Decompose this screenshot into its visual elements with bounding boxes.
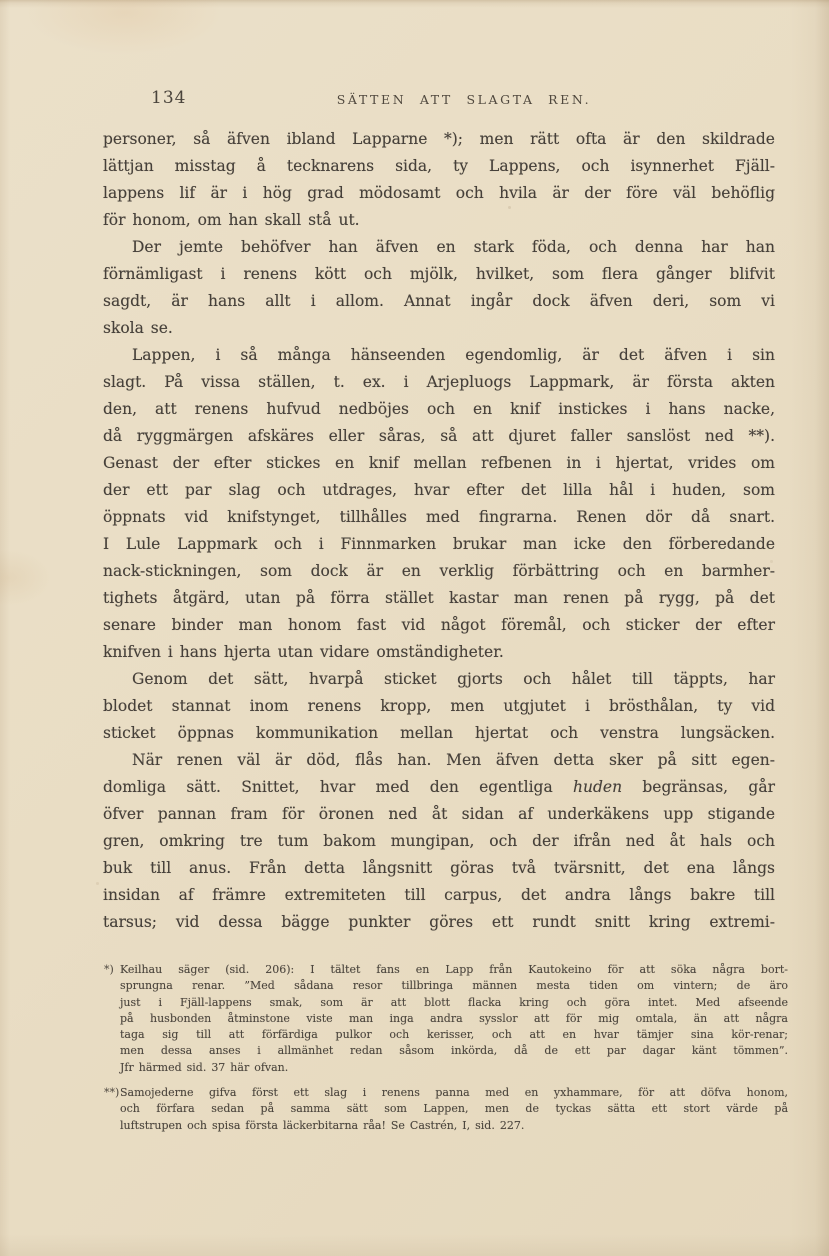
body-line: När renen väl är död, flås han. Men äfve…	[103, 747, 775, 774]
footnote-line: just i Fjäll-lappens smak, som är att bl…	[120, 995, 788, 1011]
italic-text: huden	[573, 778, 622, 796]
footnote-line: Jfr härmed sid. 37 här ofvan.	[120, 1060, 788, 1076]
body-line: lappens lif är i hög grad mödosamt och h…	[103, 180, 775, 207]
body-line: I Lule Lappmark och i Finnmarken brukar …	[103, 531, 775, 558]
paragraph: personer, så äfven ibland Lapparne *); m…	[103, 126, 775, 234]
body-line: gren, omkring tre tum bakom mungipan, oc…	[103, 828, 775, 855]
footnote-line: taga sig till att förfärdiga pulkor och …	[120, 1027, 788, 1043]
body-line: Lappen, i så många hänseenden egendomlig…	[103, 342, 775, 369]
body-line: blodet stannat inom renens kropp, men ut…	[103, 693, 775, 720]
footnote: *)Keilhau säger (sid. 206): I tältet fan…	[103, 962, 788, 1076]
body-line: senare binder man honom fast vid något f…	[103, 612, 775, 639]
footnote: **)Samojederne gifva först ett slag i re…	[103, 1085, 788, 1134]
footnote-marker: *)	[104, 962, 114, 978]
body-line: domliga sätt. Snittet, hvar med den egen…	[103, 774, 775, 801]
footnote-marker: **)	[104, 1085, 119, 1101]
body-line: Genast der efter stickes en knif mellan …	[103, 450, 775, 477]
body-line: lättjan misstag å tecknarens sida, ty La…	[103, 153, 775, 180]
body-line: personer, så äfven ibland Lapparne *); m…	[103, 126, 775, 153]
paragraph: Lappen, i så många hänseenden egendomlig…	[103, 342, 775, 666]
body-line: den, att renens hufvud nedböjes och en k…	[103, 396, 775, 423]
book-page-scan: 134 SÄTTEN ATT SLAGTA REN. personer, så …	[0, 0, 829, 1256]
footnote-line: på husbonden åtminstone viste man inga a…	[120, 1011, 788, 1027]
footnote-line: sprungna renar. ”Med sådana resor tillbr…	[120, 978, 788, 994]
body-line: Genom det sätt, hvarpå sticket gjorts oc…	[103, 666, 775, 693]
page-header: 134 SÄTTEN ATT SLAGTA REN.	[103, 88, 779, 112]
footnote-section: *)Keilhau säger (sid. 206): I tältet fan…	[103, 962, 788, 1143]
footnote-line: men dessa anses i allmänhet redan såsom …	[120, 1043, 788, 1059]
text-segment: begränsas, går	[622, 778, 775, 796]
body-line: buk till anus. Från detta långsnitt göra…	[103, 855, 775, 882]
body-line: tighets åtgärd, utan på förra stället ka…	[103, 585, 775, 612]
body-line: der ett par slag och utdrages, hvar efte…	[103, 477, 775, 504]
body-line: för honom, om han skall stå ut.	[103, 207, 775, 234]
body-line: insidan af främre extremiteten till carp…	[103, 882, 775, 909]
body-line: Der jemte behöfver han äfven en stark fö…	[103, 234, 775, 261]
body-text: personer, så äfven ibland Lapparne *); m…	[103, 126, 775, 936]
body-line: nack-stickningen, som dock är en verklig…	[103, 558, 775, 585]
text-segment: domliga sätt. Snittet, hvar med den egen…	[103, 778, 573, 796]
body-line: knifven i hans hjerta utan vidare omstän…	[103, 639, 775, 666]
running-title: SÄTTEN ATT SLAGTA REN.	[103, 92, 779, 107]
footnote-line: och förfara sedan på samma sätt som Lapp…	[120, 1101, 788, 1117]
footnote-line: Keilhau säger (sid. 206): I tältet fans …	[120, 962, 788, 978]
body-line: sticket öppnas kommunikation mellan hjer…	[103, 720, 775, 747]
paragraph: Der jemte behöfver han äfven en stark fö…	[103, 234, 775, 342]
body-line: öfver pannan fram för öronen ned åt sida…	[103, 801, 775, 828]
body-line: sagdt, är hans allt i allom. Annat ingår…	[103, 288, 775, 315]
body-line: slagt. På vissa ställen, t. ex. i Arjepl…	[103, 369, 775, 396]
body-line: tarsus; vid dessa bägge punkter göres et…	[103, 909, 775, 936]
body-line: öppnats vid knifstynget, tillhålles med …	[103, 504, 775, 531]
paper-speck	[96, 882, 99, 885]
body-line: förnämligast i renens kött och mjölk, hv…	[103, 261, 775, 288]
body-line: skola se.	[103, 315, 775, 342]
footnote-line: Samojederne gifva först ett slag i renen…	[120, 1085, 788, 1101]
body-line: då ryggmärgen afskäres eller såras, så a…	[103, 423, 775, 450]
paragraph: Genom det sätt, hvarpå sticket gjorts oc…	[103, 666, 775, 747]
footnote-line: luftstrupen och spisa första läckerbitar…	[120, 1118, 788, 1134]
paragraph: När renen väl är död, flås han. Men äfve…	[103, 747, 775, 936]
